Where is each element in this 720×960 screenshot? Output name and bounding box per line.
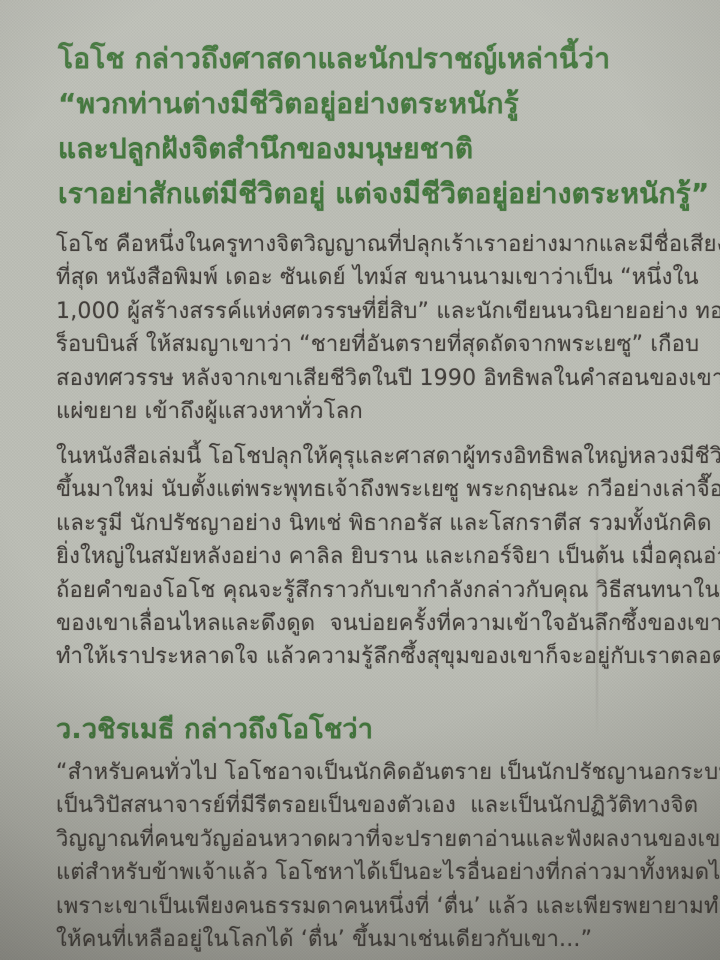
osho-quote-heading: โอโช กล่าวถึงศาสดาและนักปราชญ์เหล่านี้ว่… — [58, 36, 690, 216]
about-book-line-1: ในหนังสือเล่มนี้ โอโชปลุกให้คุรุและศาสดา… — [56, 440, 692, 473]
book-page-photo: โอโช กล่าวถึงศาสดาและนักปราชญ์เหล่านี้ว่… — [0, 0, 720, 960]
about-book-line-2: ขึ้นมาใหม่ นับตั้งแต่พระพุทธเจ้าถึงพระเย… — [56, 473, 692, 506]
osho-heading-line-3: และปลูกฝังจิตสำนึกของมนุษยชาติ — [58, 126, 690, 171]
about-osho-line-1: โอโช คือหนึ่งในครูทางจิตวิญญาณที่ปลุกเร้… — [56, 228, 692, 261]
about-book-line-6: ของเขาเลื่อนไหลและดึงดูด จนบ่อยครั้งที่ค… — [56, 607, 692, 640]
page-content: โอโช กล่าวถึงศาสดาและนักปราชญ์เหล่านี้ว่… — [0, 0, 720, 960]
about-osho-line-5: สองทศวรรษ หลังจากเขาเสียชีวิตในปี 1990 อ… — [56, 362, 692, 395]
vajiramedhi-quote-paragraph: “สำหรับคนทั่วไป โอโชอาจเป็นนักคิดอันตราย… — [56, 756, 692, 956]
about-book-line-7: ทำให้เราประหลาดใจ แล้วความรู้ลึกซึ้งสุขุ… — [56, 640, 692, 673]
paragraph-about-osho: โอโช คือหนึ่งในครูทางจิตวิญญาณที่ปลุกเร้… — [56, 228, 692, 428]
about-book-line-4: ยิ่งใหญ่ในสมัยหลังอย่าง คาลิล ยิบราน และ… — [56, 540, 692, 573]
osho-heading-line-1: โอโช กล่าวถึงศาสดาและนักปราชญ์เหล่านี้ว่… — [58, 36, 690, 81]
about-book-line-3: และรูมี นักปรัชญาอย่าง นิทเช่ พิธากอรัส … — [56, 507, 692, 540]
paragraph-about-book: ในหนังสือเล่มนี้ โอโชปลุกให้คุรุและศาสดา… — [56, 440, 692, 674]
about-osho-line-6: แผ่ขยาย เข้าถึงผู้แสวงหาทั่วโลก — [56, 395, 692, 428]
vajiramedhi-quote-line-5: เพราะเขาเป็นเพียงคนธรรมดาคนหนึ่งที่ ‘ตื่… — [56, 890, 692, 923]
vajiramedhi-quote-line-2: เป็นวิปัสสนาจารย์ที่มีรีตรอยเป็นของตัวเอ… — [56, 789, 692, 822]
osho-heading-line-2: “พวกท่านต่างมีชีวิตอยู่อย่างตระหนักรู้ — [58, 81, 690, 126]
vajiramedhi-quote-line-6: ให้คนที่เหลืออยู่ในโลกได้ ‘ตื่น’ ขึ้นมาเ… — [56, 923, 692, 956]
about-osho-line-2: ที่สุด หนังสือพิมพ์ เดอะ ซันเดย์ ไทม์ส ข… — [56, 261, 692, 294]
about-osho-line-4: ร็อบบินส์ ให้สมญาเขาว่า “ชายที่อันตรายที… — [56, 328, 692, 361]
about-book-line-5: ถ้อยคำของโอโช คุณจะรู้สึกราวกับเขากำลังก… — [56, 574, 692, 607]
vajiramedhi-quote-line-4: แต่สำหรับข้าพเจ้าแล้ว โอโชหาได้เป็นอะไรอ… — [56, 856, 692, 889]
vajiramedhi-quote-line-1: “สำหรับคนทั่วไป โอโชอาจเป็นนักคิดอันตราย… — [56, 756, 692, 789]
about-osho-line-3: 1,000 ผู้สร้างสรรค์แห่งศตวรรษที่ยี่สิบ” … — [56, 295, 692, 328]
osho-heading-line-4: เราอย่าสักแต่มีชีวิตอยู่ แต่จงมีชีวิตอยู… — [58, 171, 690, 216]
vajiramedhi-quote-line-3: วิญญาณที่คนขวัญอ่อนหวาดผวาที่จะปรายตาอ่า… — [56, 823, 692, 856]
vajiramedhi-heading: ว.วชิรเมธี กล่าวถึงโอโชว่า — [56, 710, 690, 750]
